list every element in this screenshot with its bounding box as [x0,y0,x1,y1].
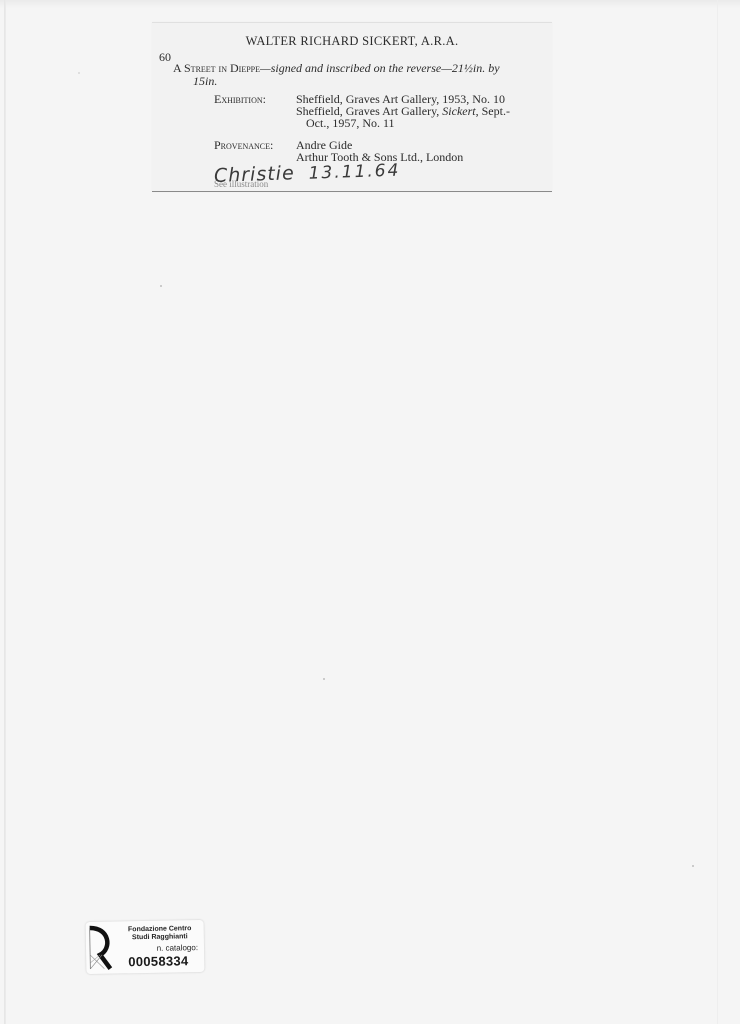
exhibition-entry-suffix: , Sept.- [476,104,510,118]
artwork-title: A Street in Dieppe [173,61,260,75]
scan-speck [78,72,80,74]
artwork-dimensions-continued: 15in. [173,75,548,88]
exhibition-entry-continued: Oct., 1957, No. 11 [296,117,546,129]
provenance-values: Andre Gide Arthur Tooth & Sons Ltd., Lon… [296,139,546,163]
handwritten-annotation: Christie13.11.64 [214,159,401,187]
title-separator: — [260,61,271,75]
page-edge-left [4,0,6,1024]
sticker-org-line: Studi Ragghianti [118,933,202,942]
scan-speck [692,865,694,867]
artist-heading: WALTER RICHARD SICKERT, A.R.A. [152,34,552,49]
catalog-number: 00058334 [128,953,189,969]
handwritten-date: 13.11.64 [308,160,400,183]
artwork-description: signed and inscribed on the reverse—21½i… [271,61,500,75]
exhibition-values: Sheffield, Graves Art Gallery, 1953, No.… [296,93,546,129]
scan-speck [160,285,162,287]
lot-number: 60 [159,50,171,65]
exhibition-label: Exhibition: [214,93,266,105]
catalog-number-label: n. catalogo: [157,943,199,953]
handwritten-auction-house: Christie [214,162,295,187]
catalogue-clipping: WALTER RICHARD SICKERT, A.R.A. 60 A Stre… [152,22,552,192]
provenance-label: Provenance: [214,139,273,151]
archive-catalog-sticker: Fondazione Centro Studi Ragghianti n. ca… [86,920,205,974]
fondazione-ragghianti-r-logo-icon [88,925,115,971]
sticker-organization: Fondazione Centro Studi Ragghianti [118,925,202,942]
scan-speck [323,678,325,680]
page-edge-right [717,0,718,1024]
page-top-shade [0,0,740,8]
exhibition-entry-title: Sickert [442,104,475,118]
artwork-title-line: A Street in Dieppe—signed and inscribed … [173,62,548,88]
